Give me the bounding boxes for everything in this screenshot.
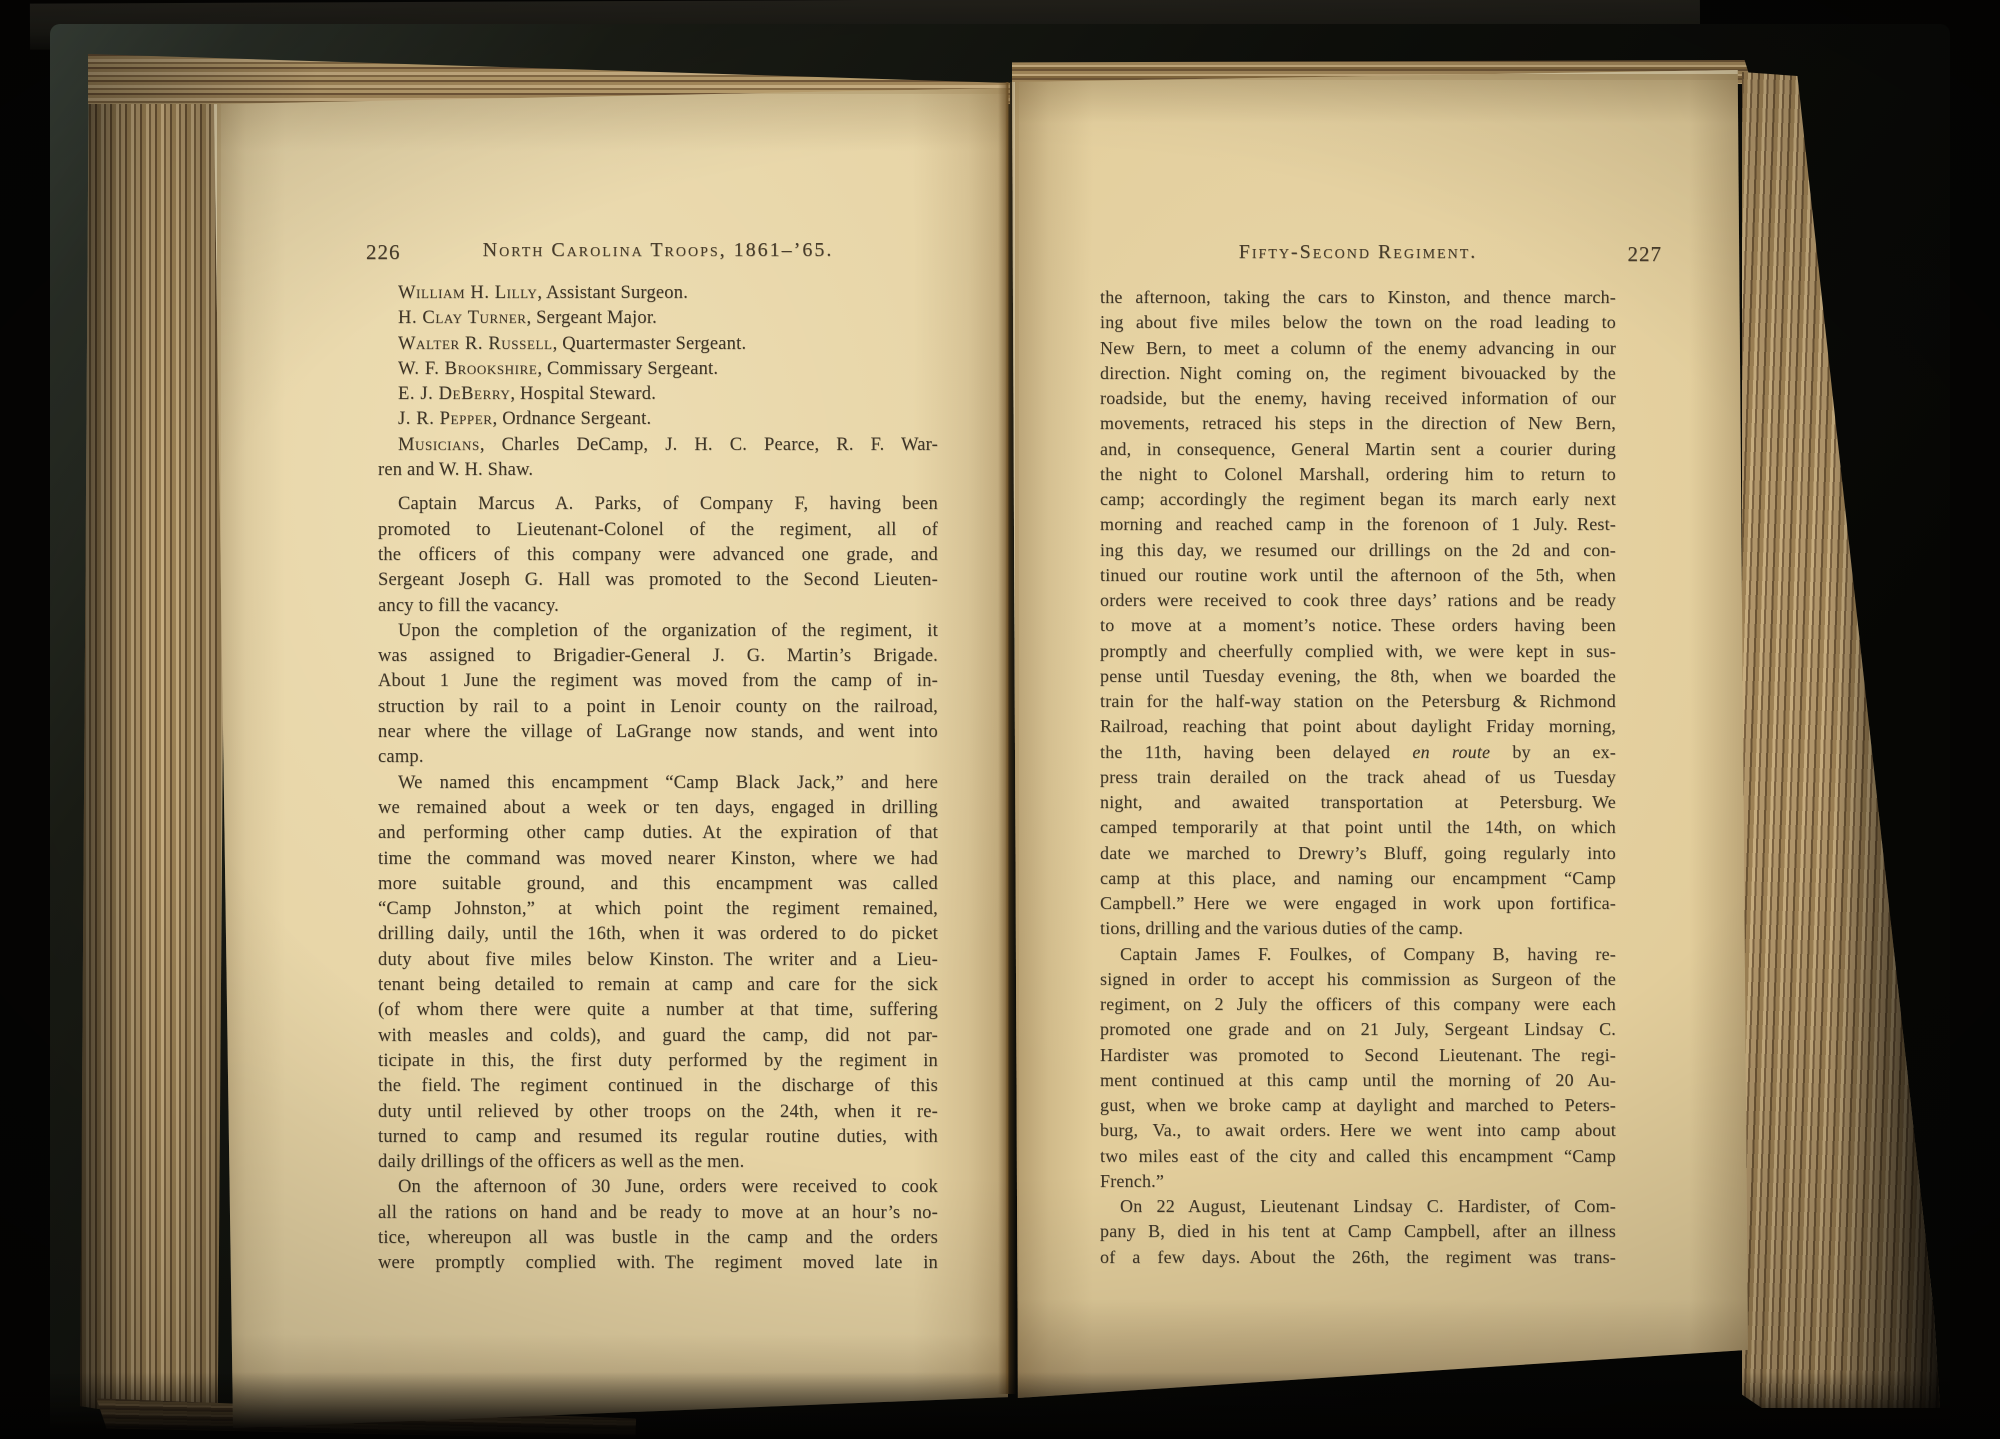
text-line: orders were received to cook three days’… — [1100, 588, 1616, 613]
text-line: Railroad, reaching that point about dayl… — [1100, 714, 1616, 739]
text-line: the night to Colonel Marshall, ordering … — [1100, 462, 1616, 487]
text-line: duty until relieved by other troops on t… — [378, 1100, 938, 1125]
text-line: On 22 August, Lieutenant Lindsay C. Hard… — [1100, 1194, 1616, 1219]
text-line: camp. — [378, 745, 938, 770]
text-line: Captain Marcus A. Parks, of Company F, h… — [378, 492, 938, 517]
text-line: morning and reached camp in the forenoon… — [1100, 512, 1616, 537]
text-line: E. J. DeBerry, Hospital Steward. — [378, 382, 938, 407]
text-line: H. Clay Turner, Sergeant Major. — [378, 306, 938, 331]
text-line: direction. Night coming on, the regiment… — [1100, 361, 1616, 386]
text-line: were promptly complied with. The regimen… — [378, 1251, 938, 1276]
text-line: On the afternoon of 30 June, orders were… — [378, 1175, 938, 1200]
text-line: promoted one grade and on 21 July, Serge… — [1100, 1017, 1616, 1042]
text-line: the afternoon, taking the cars to Kinsto… — [1100, 285, 1616, 310]
text-line: William H. Lilly, Assistant Surgeon. — [378, 281, 938, 306]
text-line: train for the half-way station on the Pe… — [1100, 689, 1616, 714]
text-line: Campbell.” Here we were engaged in work … — [1100, 891, 1616, 916]
left-page-edges — [80, 56, 228, 1428]
gutter-crease — [998, 82, 1016, 1394]
text-line: French.” — [1100, 1169, 1616, 1194]
text-line: “Camp Johnston,” at which point the regi… — [378, 897, 938, 922]
text-line: Upon the completion of the organization … — [378, 619, 938, 644]
text-line: camped temporarily at that point until t… — [1100, 815, 1616, 840]
text-line: ing this day, we resumed our drillings o… — [1100, 538, 1616, 563]
text-line: J. R. Pepper, Ordnance Sergeant. — [378, 407, 938, 432]
text-line: two miles east of the city and called th… — [1100, 1144, 1616, 1169]
text-line: ticipate in this, the first duty perform… — [378, 1049, 938, 1074]
text-line: signed in order to accept his commission… — [1100, 967, 1616, 992]
text-line: Sergeant Joseph G. Hall was promoted to … — [378, 568, 938, 593]
text-line: struction by rail to a point in Lenoir c… — [378, 695, 938, 720]
text-line: promptly and cheerfully complied with, w… — [1100, 639, 1616, 664]
text-line: was assigned to Brigadier-General J. G. … — [378, 644, 938, 669]
right-page-text: the afternoon, taking the cars to Kinsto… — [1100, 285, 1616, 1270]
text-line: the officers of this company were advanc… — [378, 543, 938, 568]
book-photo: 226 North Carolina Troops, 1861–’65. Fif… — [0, 0, 2000, 1439]
left-running-head: 226 North Carolina Troops, 1861–’65. — [366, 239, 940, 267]
text-line: tenant being detailed to remain at camp … — [378, 973, 938, 998]
text-line: and, in consequence, General Martin sent… — [1100, 437, 1616, 462]
text-line: near where the village of LaGrange now s… — [378, 720, 938, 745]
text-line: gust, when we broke camp at daylight and… — [1100, 1093, 1616, 1118]
text-line: to move at a moment’s notice. These orde… — [1100, 613, 1616, 638]
text-line: tice, whereupon all was bustle in the ca… — [378, 1226, 938, 1251]
text-line: W. F. Brookshire, Commissary Sergeant. — [378, 357, 938, 382]
text-line: date we marched to Drewry’s Bluff, going… — [1100, 841, 1616, 866]
text-line: (of whom there were quite a number at th… — [378, 998, 938, 1023]
text-line: and performing other camp duties. At the… — [378, 821, 938, 846]
text-line: ancy to fill the vacancy. — [378, 594, 938, 619]
text-line: We named this encampment “Camp Black Jac… — [378, 771, 938, 796]
text-line: more suitable ground, and this encampmen… — [378, 872, 938, 897]
text-line: Hardister was promoted to Second Lieuten… — [1100, 1043, 1616, 1068]
text-line: Musicians, Charles DeCamp, J. H. C. Pear… — [378, 433, 938, 458]
text-line: movements, retraced his steps in the dir… — [1100, 411, 1616, 436]
text-line: pany B, died in his tent at Camp Campbel… — [1100, 1219, 1616, 1244]
text-line: ren and W. H. Shaw. — [378, 458, 938, 483]
text-line: tinued our routine work until the aftern… — [1100, 563, 1616, 588]
text-line: tions, drilling and the various duties o… — [1100, 916, 1616, 941]
text-line: Captain James F. Foulkes, of Company B, … — [1100, 942, 1616, 967]
text-line: we remained about a week or ten days, en… — [378, 796, 938, 821]
text-line: promoted to Lieutenant-Colonel of the re… — [378, 518, 938, 543]
text-line: the field. The regiment continued in the… — [378, 1074, 938, 1099]
text-line: daily drillings of the officers as well … — [378, 1150, 938, 1175]
text-line: turned to camp and resumed its regular r… — [378, 1125, 938, 1150]
text-line: About 1 June the regiment was moved from… — [378, 669, 938, 694]
right-running-head: Fifty-Second Regiment. 227 — [1100, 241, 1662, 269]
text-line: regiment, on 2 July the officers of this… — [1100, 992, 1616, 1017]
bottom-shadow — [0, 1372, 2000, 1439]
text-line: press train derailed on the track ahead … — [1100, 765, 1616, 790]
left-page-text: William H. Lilly, Assistant Surgeon.H. C… — [378, 281, 938, 1277]
right-page-number: 227 — [1628, 242, 1663, 267]
text-line: with measles and colds), and guard the c… — [378, 1024, 938, 1049]
text-line: night, and awaited transportation at Pet… — [1100, 790, 1616, 815]
text-line: duty about five miles below Kinston. The… — [378, 948, 938, 973]
text-line: drilling daily, until the 16th, when it … — [378, 922, 938, 947]
text-line: all the rations on hand and be ready to … — [378, 1201, 938, 1226]
text-line: pense until Tuesday evening, the 8th, wh… — [1100, 664, 1616, 689]
text-line: camp; accordingly the regiment began its… — [1100, 487, 1616, 512]
right-running-title: Fifty-Second Regiment. — [1100, 241, 1616, 264]
text-line: New Bern, to meet a column of the enemy … — [1100, 336, 1616, 361]
text-line: time the command was moved nearer Kinsto… — [378, 847, 938, 872]
text-line: Walter R. Russell, Quartermaster Sergean… — [378, 332, 938, 357]
text-line: of a few days. About the 26th, the regim… — [1100, 1245, 1616, 1270]
text-line: ment continued at this camp until the mo… — [1100, 1068, 1616, 1093]
text-line: ing about five miles below the town on t… — [1100, 310, 1616, 335]
text-line: camp at this place, and naming our encam… — [1100, 866, 1616, 891]
text-line: roadside, but the enemy, having received… — [1100, 386, 1616, 411]
text-line: the 11th, having been delayed en route b… — [1100, 740, 1616, 765]
left-running-title: North Carolina Troops, 1861–’65. — [378, 239, 938, 262]
text-line: burg, Va., to await orders. Here we went… — [1100, 1118, 1616, 1143]
